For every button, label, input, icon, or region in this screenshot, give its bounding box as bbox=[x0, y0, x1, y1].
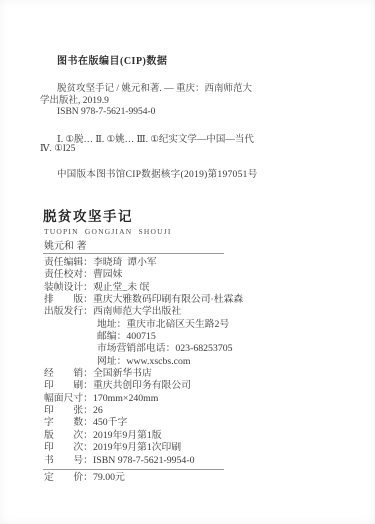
colophon-label: 邮编： bbox=[97, 331, 126, 342]
copyright-page: 图书在版编目(CIP)数据 脱贫攻坚手记 / 姚元和著. — 重庆：西南师范大 … bbox=[0, 0, 375, 524]
colophon-value: 重庆共创印务有限公司 bbox=[93, 380, 191, 391]
colophon-row: 排 版：重庆大雅数码印刷有限公司·杜霖森 bbox=[44, 294, 243, 306]
price-value: 79.00元 bbox=[93, 472, 125, 483]
colophon-label: 版 次： bbox=[44, 430, 93, 441]
colophon-value: 重庆市北碚区天生路2号 bbox=[126, 319, 229, 330]
colophon-value: 2019年9月第1版 bbox=[93, 430, 162, 441]
colophon-row: 责任校对：曹园妹 bbox=[44, 269, 243, 281]
cip-class-line1: Ⅰ. ①脱… Ⅱ. ①姚… Ⅲ. ①纪实文学—中国—当代 bbox=[57, 131, 254, 145]
colophon-label: 地址： bbox=[97, 319, 126, 330]
divider-line-bottom bbox=[43, 469, 224, 470]
colophon-row: 网址：www.xscbs.com bbox=[44, 356, 243, 368]
colophon-row: 责任编辑：李晓琦 谭小军 bbox=[44, 257, 243, 269]
colophon-row: 出版发行：西南师范大学出版社 bbox=[44, 306, 243, 318]
colophon-row: 版 次：2019年9月第1版 bbox=[44, 430, 243, 442]
colophon-value: 西南师范大学出版社 bbox=[93, 306, 181, 317]
colophon-value: 023-68253705 bbox=[175, 343, 232, 354]
colophon-row: 经 销：全国新华书店 bbox=[44, 368, 243, 380]
colophon-value: 全国新华书店 bbox=[93, 368, 152, 379]
colophon-row: 幅面尺寸：170mm×240mm bbox=[44, 393, 243, 405]
cip-record-line: 中国版本图书馆CIP数据核字(2019)第197051号 bbox=[57, 166, 258, 180]
book-author: 姚元和 著 bbox=[44, 237, 87, 252]
cip-class-line2: Ⅳ. ①I25 bbox=[40, 143, 75, 154]
colophon-value: 李晓琦 谭小军 bbox=[93, 257, 157, 268]
colophon-row: 字 数：450千字 bbox=[44, 417, 243, 429]
colophon-row: 书 号：ISBN 978-7-5621-9954-0 bbox=[44, 455, 243, 467]
colophon-row: 印 刷：重庆共创印务有限公司 bbox=[44, 380, 243, 392]
divider-line-top bbox=[43, 253, 224, 254]
colophon-label: 幅面尺寸： bbox=[44, 393, 93, 404]
colophon-label: 经 销： bbox=[44, 368, 93, 379]
colophon-label: 印 次： bbox=[44, 442, 93, 453]
cip-header: 图书在版编目(CIP)数据 bbox=[57, 52, 167, 67]
colophon-row: 印 次：2019年9月第1次印刷 bbox=[44, 442, 243, 454]
book-title: 脱贫攻坚手记 bbox=[43, 205, 133, 225]
colophon: 责任编辑：李晓琦 谭小军 责任校对：曹园妹 装帧设计：观止堂_未 氓 排 版：重… bbox=[44, 257, 243, 484]
colophon-label: 字 数： bbox=[44, 417, 93, 428]
colophon-value: ISBN 978-7-5621-9954-0 bbox=[93, 455, 195, 466]
colophon-row: 邮编：400715 bbox=[44, 331, 243, 343]
colophon-value: 26 bbox=[93, 405, 103, 416]
colophon-label: 责任校对： bbox=[44, 269, 93, 280]
book-title-pinyin: TUOPIN GONGJIAN SHOUJI bbox=[44, 227, 172, 236]
cip-isbn-line: ISBN 978-7-5621-9954-0 bbox=[57, 107, 155, 117]
colophon-value: 观止堂_未 氓 bbox=[93, 282, 149, 293]
colophon-label: 印 张： bbox=[44, 405, 93, 416]
colophon-value: www.xscbs.com bbox=[126, 356, 190, 367]
colophon-value: 曹园妹 bbox=[93, 269, 122, 280]
colophon-value: 重庆大雅数码印刷有限公司·杜霖森 bbox=[93, 294, 243, 305]
colophon-row: 地址：重庆市北碚区天生路2号 bbox=[44, 319, 243, 331]
colophon-row: 装帧设计：观止堂_未 氓 bbox=[44, 282, 243, 294]
colophon-label: 市场营销部电话： bbox=[97, 343, 175, 354]
colophon-value: 170mm×240mm bbox=[93, 393, 158, 404]
colophon-label: 书 号： bbox=[44, 455, 93, 466]
colophon-label: 出版发行： bbox=[44, 306, 93, 317]
colophon-label: 排 版： bbox=[44, 294, 93, 305]
price-row: 定 价：79.00元 bbox=[44, 472, 243, 484]
colophon-label: 网址： bbox=[97, 356, 126, 367]
colophon-value: 400715 bbox=[126, 331, 155, 342]
colophon-value: 2019年9月第1次印刷 bbox=[93, 442, 181, 453]
colophon-label: 印 刷： bbox=[44, 380, 93, 391]
price-label: 定 价： bbox=[44, 472, 93, 483]
colophon-label: 装帧设计： bbox=[44, 282, 93, 293]
colophon-value: 450千字 bbox=[93, 417, 127, 428]
cip-entry-line2: 学出版社, 2019.9 bbox=[40, 92, 109, 106]
colophon-row: 市场营销部电话：023-68253705 bbox=[44, 343, 243, 355]
colophon-rows: 责任编辑：李晓琦 谭小军 责任校对：曹园妹 装帧设计：观止堂_未 氓 排 版：重… bbox=[44, 257, 243, 467]
colophon-label: 责任编辑： bbox=[44, 257, 93, 268]
colophon-row: 印 张：26 bbox=[44, 405, 243, 417]
